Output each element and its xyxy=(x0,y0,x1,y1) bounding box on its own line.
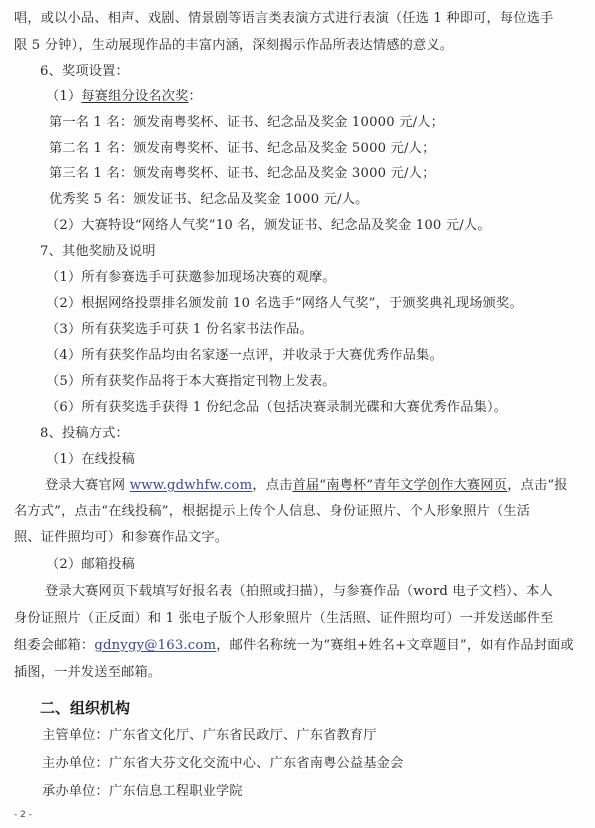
award-first: 第一名 1 名：颁发南粤奖杯、证书、纪念品及奖金 10000 元/人； xyxy=(49,115,444,131)
award-third: 第三名 1 名：颁发南粤奖杯、证书、纪念品及奖金 3000 元/人； xyxy=(49,166,435,182)
org-host: 主办单位：广东省大芬文化交流中心、广东省南粤公益基金会 xyxy=(42,756,403,772)
sub1-label: 每赛组分设名次奖 xyxy=(81,89,188,104)
section-7-item-6: （6）所有获奖选手获得 1 份纪念品（包括决赛录制光碟和大赛优秀作品集）。 xyxy=(46,400,507,416)
sub1-prefix: （1） xyxy=(46,89,81,104)
online-submission-title: （1）在线投稿 xyxy=(46,452,135,468)
email-address-link[interactable]: gdnygy@163.com xyxy=(94,638,216,653)
org-supervisor: 主管单位：广东省文化厅、广东省民政厅、广东省教育厅 xyxy=(42,728,377,744)
online-submission-line-2: 名方式”，点击“在线投稿”，根据提示上传个人信息、身份证照片、个人形象照片（生活 xyxy=(14,504,530,520)
section-7-item-3: （3）所有获奖选手可获 1 份名家书法作品。 xyxy=(46,322,313,338)
email-submission-line-2: 身份证照片（正反面）和 1 张电子版个人形象照片（生活照、证件照均可）一并发送邮… xyxy=(14,611,553,627)
email-submission-title: （2）邮箱投稿 xyxy=(46,557,135,573)
intro-line-1: 唱，或以小品、相声、戏剧、情景剧等语言类表演方式进行表演（任选 1 种即可，每位… xyxy=(14,11,553,27)
award-second: 第二名 1 名：颁发南粤奖杯、证书、纪念品及奖金 5000 元/人； xyxy=(49,141,435,157)
page-number: - 2 - xyxy=(14,810,32,820)
section-6-sub2: （2）大赛特设“网络人气奖”10 名，颁发证书、纪念品及奖金 100 元/人。 xyxy=(46,218,491,234)
sub1-suffix: ： xyxy=(188,89,201,104)
online-submission-line-3: 照、证件照均可）和参赛作品文字。 xyxy=(14,530,228,546)
section-6-sub1: （1）每赛组分设名次奖： xyxy=(46,89,202,105)
section-org-heading: 二、组织机构 xyxy=(40,699,130,717)
text: ，点击 xyxy=(252,478,292,493)
section-8-title: 8、投稿方式： xyxy=(40,426,129,442)
online-submission-line-1: 登录大赛官网 www.gdwhfw.com，点击首届“南粤杯”青年文学创作大赛网… xyxy=(45,478,568,494)
text: ，点击“报 xyxy=(507,478,568,493)
email-submission-line-3: 组委会邮箱：gdnygy@163.com，邮件名称统一为“赛组+姓名+文章题目”… xyxy=(14,638,574,654)
email-submission-line-4: 插图，一并发送至邮箱。 xyxy=(14,665,161,681)
text: 登录大赛官网 xyxy=(45,478,130,493)
email-submission-line-1: 登录大赛网页下载填写好报名表（拍照或扫描），与参赛作品（word 电子文档）、本… xyxy=(45,584,553,600)
section-6-title: 6、奖项设置： xyxy=(40,64,129,80)
text: ，邮件名称统一为“赛组+姓名+文章题目”，如有作品封面或 xyxy=(216,638,574,653)
section-7-item-1: （1）所有参赛选手可获邀参加现场决赛的观摩。 xyxy=(46,270,336,286)
section-7-title: 7、其他奖励及说明 xyxy=(40,244,156,260)
section-7-item-4: （4）所有获奖作品均由名家逐一点评，并收录于大赛优秀作品集。 xyxy=(46,348,443,364)
text: 组委会邮箱： xyxy=(14,638,94,653)
award-excellence: 优秀奖 5 名：颁发证书、纪念品及奖金 1000 元/人。 xyxy=(49,192,369,208)
section-7-item-5: （5）所有获奖作品将于本大赛指定刊物上发表。 xyxy=(46,374,336,390)
intro-line-2: 限 5 分钟），生动展现作品的丰富内涵，深刻揭示作品所表达情感的意义。 xyxy=(14,38,453,54)
website-link[interactable]: www.gdwhfw.com xyxy=(130,478,253,493)
org-organizer: 承办单位：广东信息工程职业学院 xyxy=(42,784,243,800)
section-7-item-2: （2）根据网络投票排名颁发前 10 名选手“网络人气奖”，于颁奖典礼现场颁奖。 xyxy=(46,296,523,312)
document-page: 唱，或以小品、相声、戏剧、情景剧等语言类表演方式进行表演（任选 1 种即可，每位… xyxy=(0,0,595,828)
contest-page-link[interactable]: 首届“南粤杯”青年文学创作大赛网页 xyxy=(292,478,507,493)
